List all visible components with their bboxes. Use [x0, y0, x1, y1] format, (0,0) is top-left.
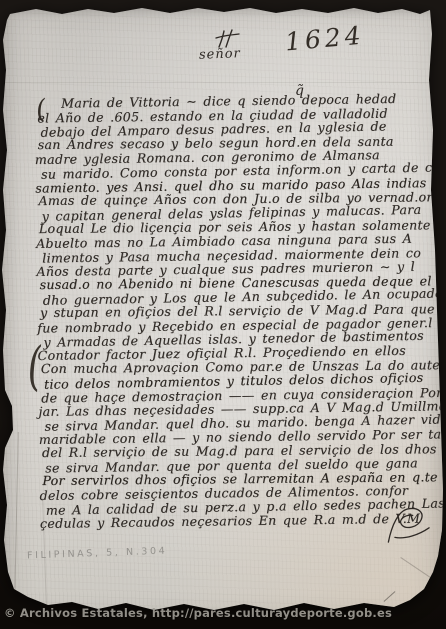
pencil-slash-mark [384, 591, 396, 602]
rubric-flourish-icon [382, 504, 434, 553]
archive-reference-pencil: FILIPINAS, 5, N.304 [27, 546, 168, 562]
paper-sheet: señor 1624 q̃ ( ( Maria de Vittoria ~ di… [0, 0, 446, 629]
paper-corner-fold-crease [400, 557, 445, 588]
paper-crease [0, 82, 446, 83]
paper-crease [14, 432, 19, 600]
scan-background: señor 1624 q̃ ( ( Maria de Vittoria ~ di… [0, 0, 446, 629]
paper-surface: señor 1624 q̃ ( ( Maria de Vittoria ~ di… [0, 0, 446, 629]
year-annotation: 1624 [284, 21, 366, 57]
manuscript-body: Maria de Vittoria ~ dice q siendo depoca… [34, 91, 444, 531]
salutation-label: señor [199, 46, 241, 62]
copyright-watermark: © Archivos Estatales, http://pares.cultu… [4, 606, 444, 620]
